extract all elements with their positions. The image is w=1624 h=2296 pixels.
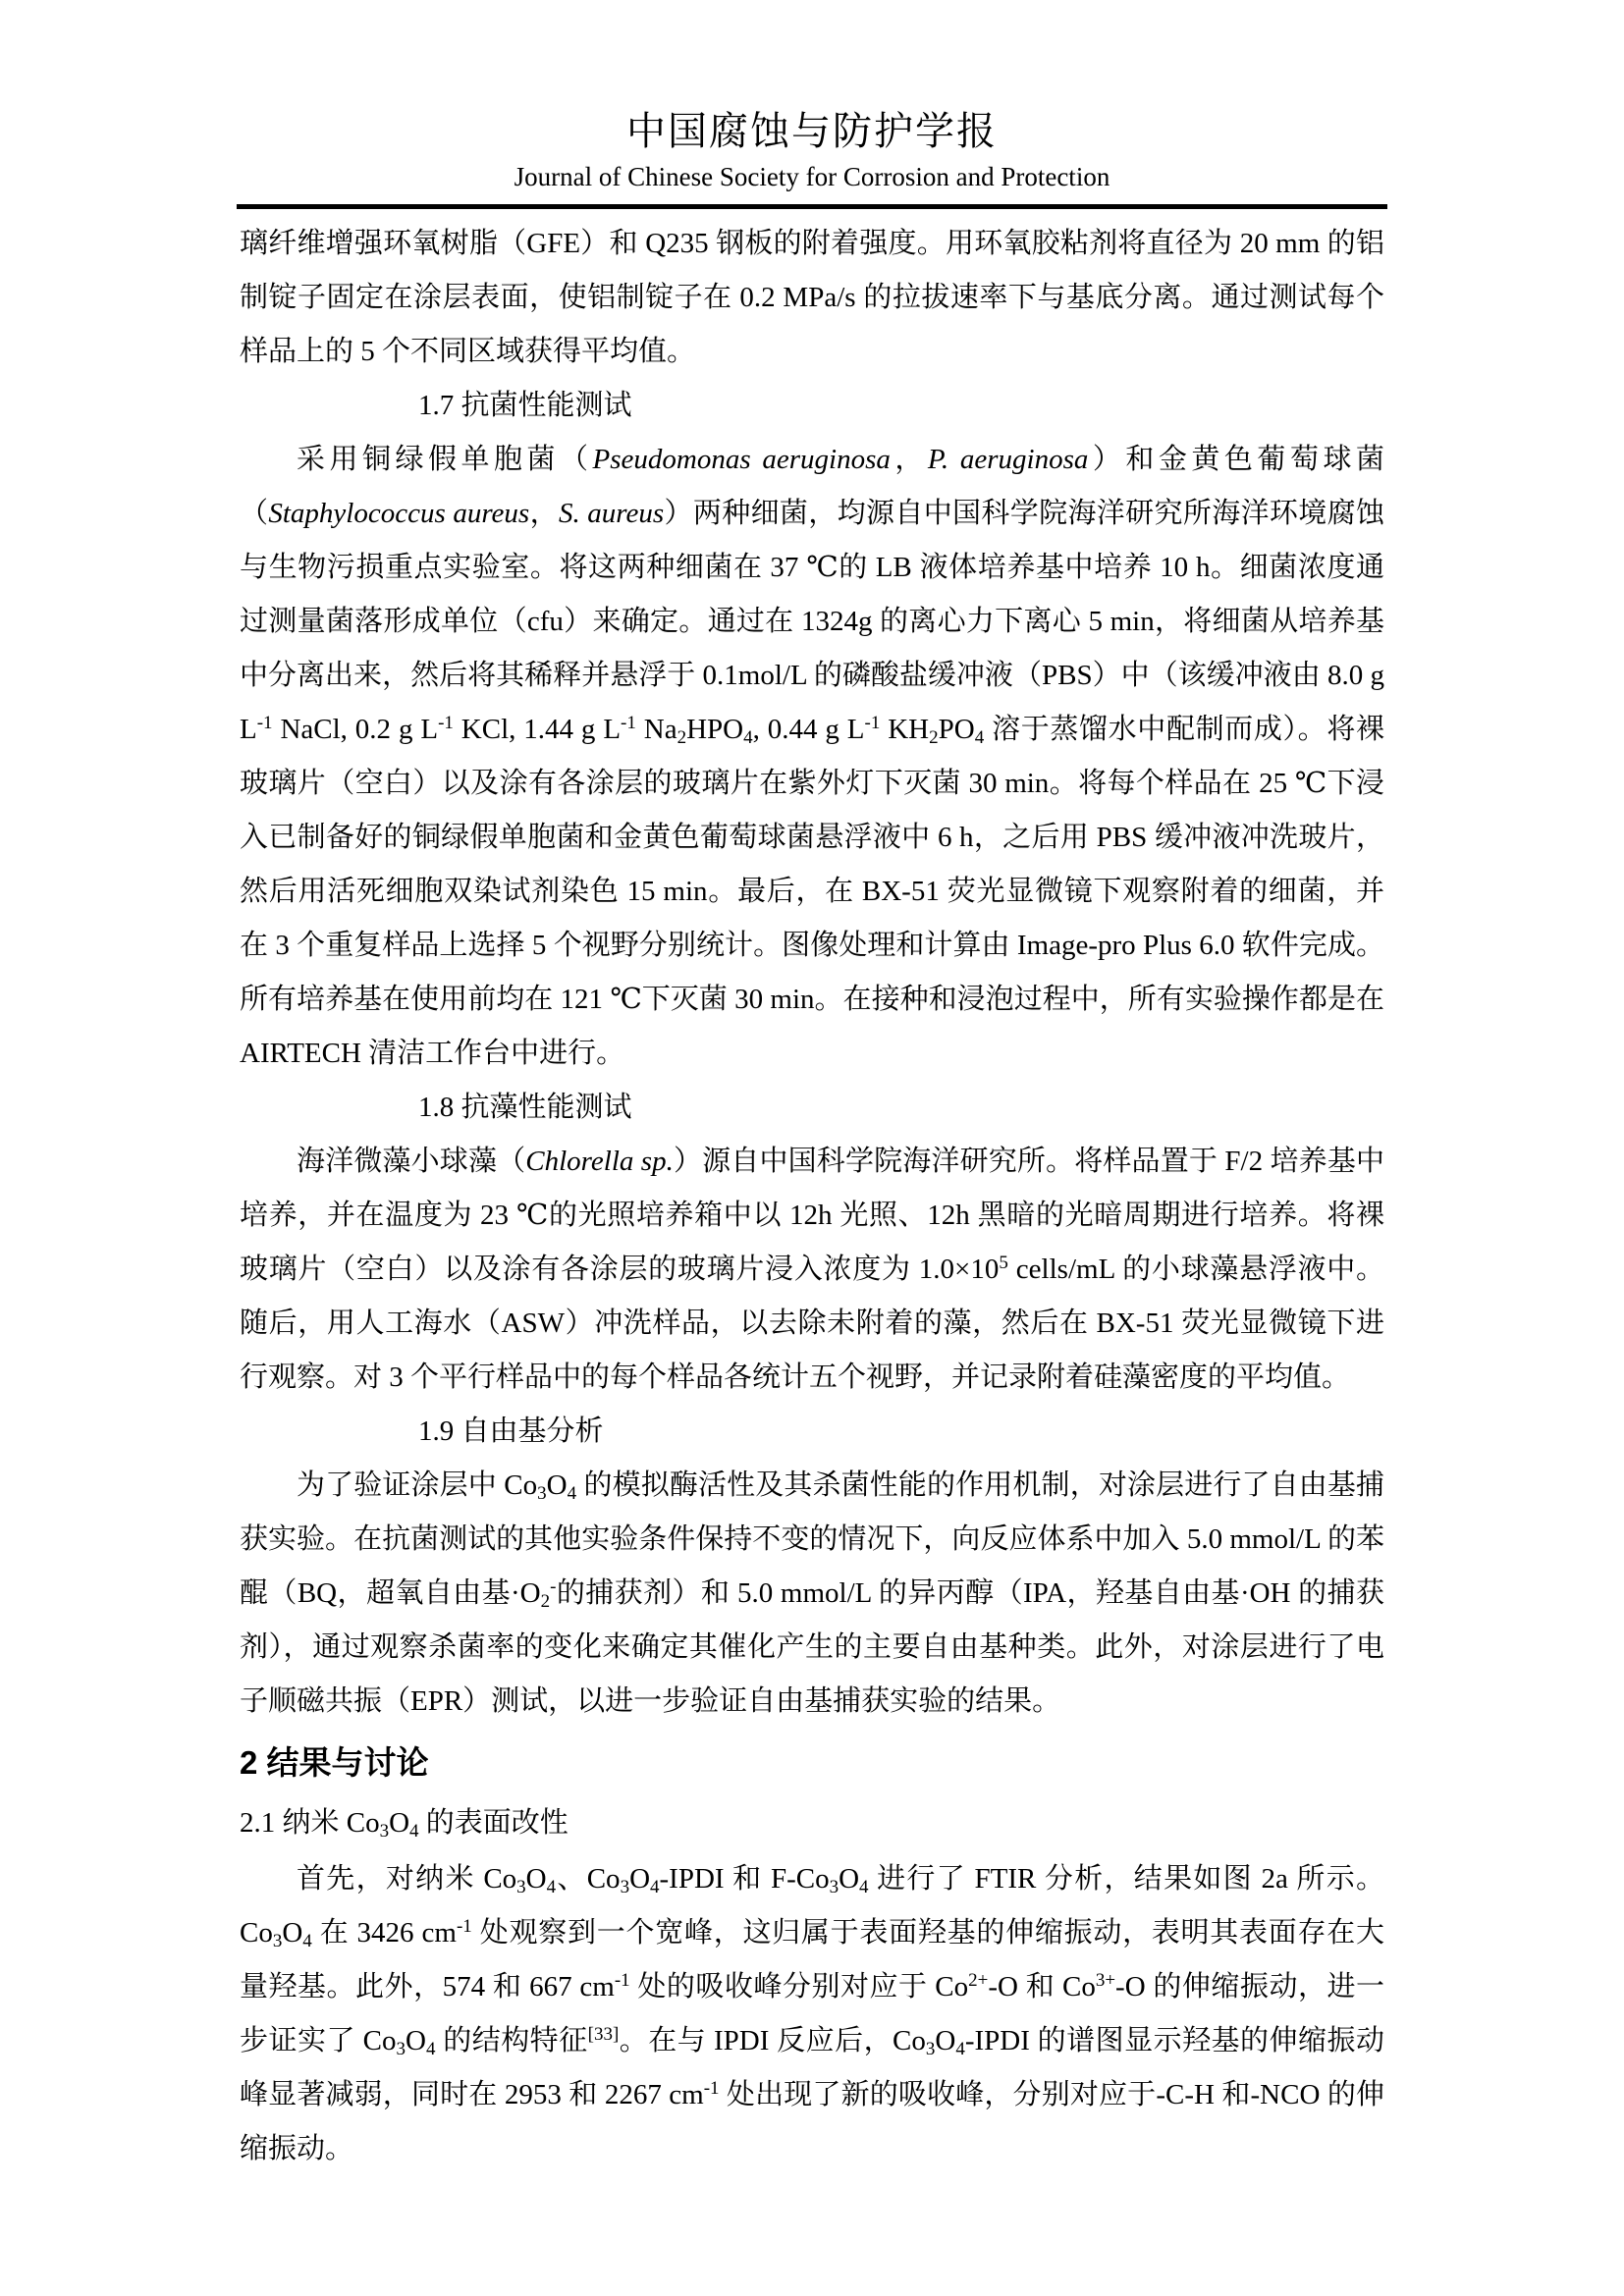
body-paragraph: 采用铜绿假单胞菌（Pseudomonas aeruginosa，P. aerug… <box>240 433 1384 1081</box>
subsection-heading: 1.8 抗藻性能测试 <box>418 1081 1384 1135</box>
subsection-heading: 1.9 自由基分析 <box>418 1405 1384 1459</box>
subsection-heading: 1.7 抗菌性能测试 <box>418 379 1384 433</box>
header-rule-divider <box>237 204 1387 209</box>
body-paragraph: 海洋微藻小球藻（Chlorella sp.）源自中国科学院海洋研究所。将样品置于… <box>240 1135 1384 1405</box>
section-heading: 2 结果与讨论 <box>240 1733 1384 1793</box>
journal-title-chinese: 中国腐蚀与防护学报 <box>0 108 1624 155</box>
journal-page: 中国腐蚀与防护学报 Journal of Chinese Society for… <box>0 0 1624 2296</box>
body-paragraph: 为了验证涂层中 Co3O4 的模拟酶活性及其杀菌性能的作用机制，对涂层进行了自由… <box>240 1459 1384 1729</box>
body-paragraph: 首先，对纳米 Co3O4、Co3O4-IPDI 和 F-Co3O4 进行了 FT… <box>240 1852 1384 2176</box>
page-header: 中国腐蚀与防护学报 Journal of Chinese Society for… <box>0 0 1624 209</box>
subsection-title: 2.1 纳米 Co3O4 的表面改性 <box>240 1793 1384 1852</box>
body-paragraph-continued: 璃纤维增强环氧树脂（GFE）和 Q235 钢板的附着强度。用环氧胶粘剂将直径为 … <box>240 217 1384 379</box>
document-body: 璃纤维增强环氧树脂（GFE）和 Q235 钢板的附着强度。用环氧胶粘剂将直径为 … <box>240 217 1384 2176</box>
journal-title-english: Journal of Chinese Society for Corrosion… <box>0 161 1624 192</box>
